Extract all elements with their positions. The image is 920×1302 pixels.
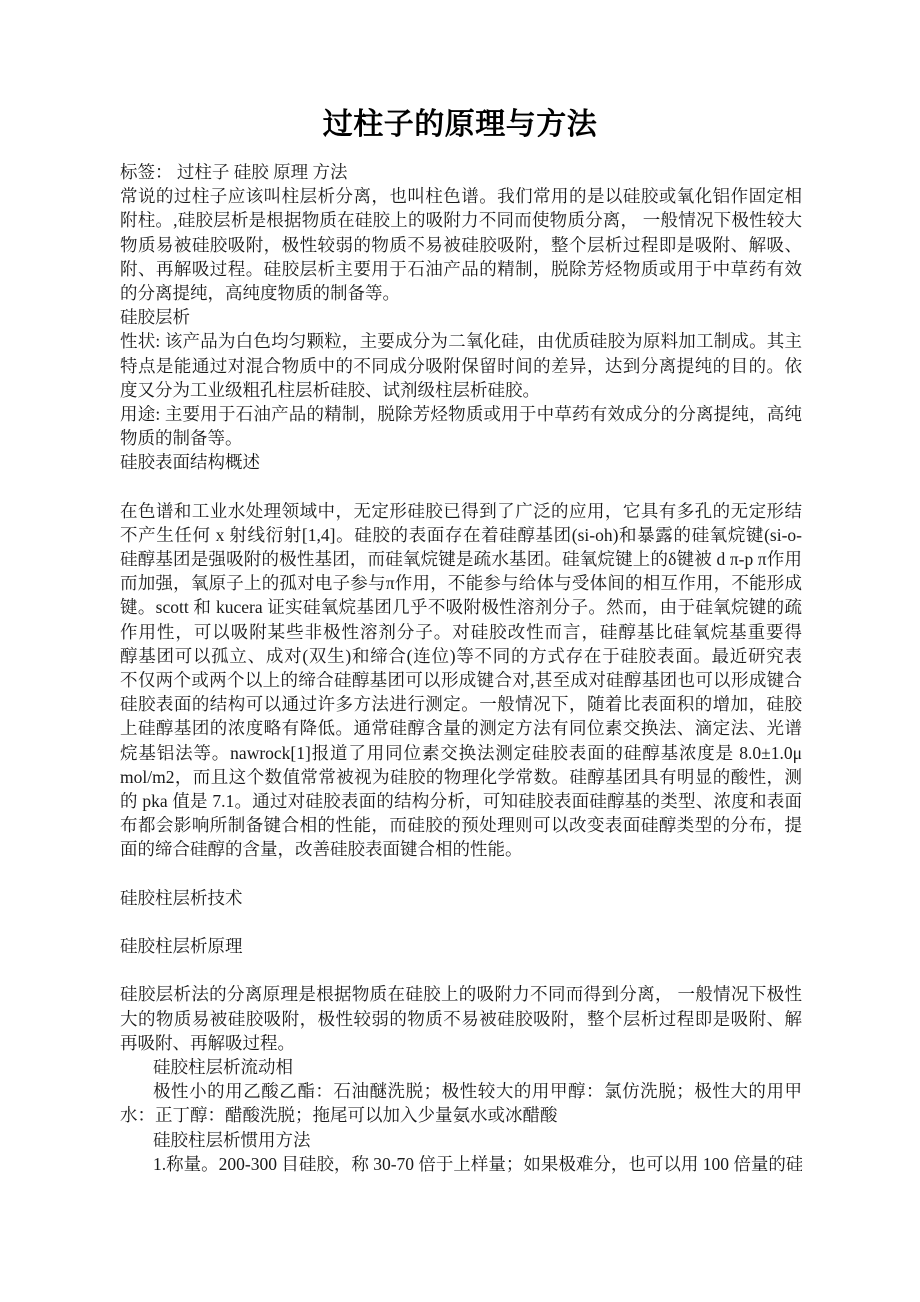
text-line: 附、再解吸过程。硅胶层析主要用于石油产品的精制，脱除芳烃物质或用于中草药有效成分 <box>120 257 802 281</box>
text-line: 布都会影响所制备键合相的性能，而硅胶的预处理则可以改变表面硅醇类型的分布，提高表 <box>120 813 802 837</box>
text-line: 面的缔合硅醇的含量，改善硅胶表面键合相的性能。 <box>120 837 802 861</box>
text-line: 硅胶柱层析惯用方法 <box>120 1128 802 1152</box>
text-line: 用途: 主要用于石油产品的精制，脱除芳烃物质或用于中草药有效成分的分离提纯，高纯… <box>120 402 802 426</box>
text-line: 上硅醇基团的浓度略有降低。通常硅醇含量的测定方法有同位素交换法、滴定法、光谱法和 <box>120 716 802 740</box>
text-line: 而加强，氧原子上的孤对电子参与π作用，不能参与给体与受体间的相互作用，不能形成氢 <box>120 571 802 595</box>
text-line: 物质易被硅胶吸附，极性较弱的物质不易被硅胶吸附，整个层析过程即是吸附、解吸、再吸 <box>120 233 802 257</box>
document-body: 标签： 过柱子 硅胶 原理 方法常说的过柱子应该叫柱层析分离，也叫柱色谱。我们常… <box>120 160 802 1176</box>
text-line: 硅胶层析法的分离原理是根据物质在硅胶上的吸附力不同而得到分离， 一般情况下极性较 <box>120 982 802 1006</box>
text-line: 不产生任何 x 射线衍射[1,4]。硅胶的表面存在着硅醇基团(si-oh)和暴露… <box>120 523 802 547</box>
text-line: 1.称量。200-300 目硅胶，称 30-70 倍于上样量；如果极难分，也可以… <box>120 1152 802 1176</box>
text-line: 作用性，可以吸附某些非极性溶剂分子。对硅胶改性而言，硅醇基比硅氧烷基重要得多。硅 <box>120 620 802 644</box>
text-line: 的 pka 值是 7.1。通过对硅胶表面的结构分析，可知硅胶表面硅醇基的类型、浓… <box>120 789 802 813</box>
text-line: 烷基铝法等。nawrock[1]报道了用同位素交换法测定硅胶表面的硅醇基浓度是 … <box>120 741 802 765</box>
text-line: 的分离提纯，高纯度物质的制备等。 <box>120 281 802 305</box>
text-line: 硅胶柱层析流动相 <box>120 1055 802 1079</box>
text-line: 硅醇基团是强吸附的极性基团，而硅氧烷键是疏水基团。硅氧烷键上的δ键被 d π-p… <box>120 547 802 571</box>
text-line: 硅胶柱层析原理 <box>120 934 802 958</box>
text-line: 水：正丁醇：醋酸洗脱；拖尾可以加入少量氨水或冰醋酸 <box>120 1103 802 1127</box>
text-line: 极性小的用乙酸乙酯：石油醚洗脱；极性较大的用甲醇：氯仿洗脱；极性大的用甲醇： <box>120 1079 802 1103</box>
text-line: 特点是能通过对混合物质中的不同成分吸附保留时间的差异，达到分离提纯的目的。依其纯 <box>120 354 802 378</box>
text-line: 常说的过柱子应该叫柱层析分离，也叫柱色谱。我们常用的是以硅胶或氧化铝作固定相的吸 <box>120 184 802 208</box>
document-title: 过柱子的原理与方法 <box>0 0 920 148</box>
text-line: 硅胶柱层析技术 <box>120 886 802 910</box>
text-line: 标签： 过柱子 硅胶 原理 方法 <box>120 160 802 184</box>
text-line: mol/m2，而且这个数值常常被视为硅胶的物理化学常数。硅醇基团具有明显的酸性，… <box>120 765 802 789</box>
blank-line <box>120 474 802 498</box>
blank-line <box>120 861 802 885</box>
text-line: 醇基团可以孤立、成对(双生)和缔合(连位)等不同的方式存在于硅胶表面。最近研究表… <box>120 644 802 668</box>
text-line: 附柱。,硅胶层析是根据物质在硅胶上的吸附力不同而使物质分离， 一般情况下极性较大… <box>120 208 802 232</box>
text-line: 物质的制备等。 <box>120 426 802 450</box>
text-line: 度又分为工业级粗孔柱层析硅胶、试剂级柱层析硅胶。 <box>120 378 802 402</box>
text-line: 键。scott 和 kucera 证实硅氧烷基团几乎不吸附极性溶剂分子。然而，由… <box>120 595 802 619</box>
text-line: 硅胶表面的结构可以通过许多方法进行测定。一般情况下，随着比表面积的增加，硅胶表面 <box>120 692 802 716</box>
text-line: 硅胶层析 <box>120 305 802 329</box>
text-line: 硅胶表面结构概述 <box>120 450 802 474</box>
text-line: 不仅两个或两个以上的缔合硅醇基团可以形成键合对,甚至成对硅醇基团也可以形成键合对… <box>120 668 802 692</box>
document-page: 过柱子的原理与方法 标签： 过柱子 硅胶 原理 方法常说的过柱子应该叫柱层析分离… <box>0 0 920 1302</box>
text-line: 再吸附、再解吸过程。 <box>120 1031 802 1055</box>
text-line: 大的物质易被硅胶吸附，极性较弱的物质不易被硅胶吸附，整个层析过程即是吸附、解吸、 <box>120 1007 802 1031</box>
blank-line <box>120 910 802 934</box>
text-line: 在色谱和工业水处理领域中，无定形硅胶已得到了广泛的应用，它具有多孔的无定形结构， <box>120 499 802 523</box>
blank-line <box>120 958 802 982</box>
text-line: 性状: 该产品为白色均匀颗粒，主要成分为二氧化硅，由优质硅胶为原料加工制成。其主… <box>120 329 802 353</box>
